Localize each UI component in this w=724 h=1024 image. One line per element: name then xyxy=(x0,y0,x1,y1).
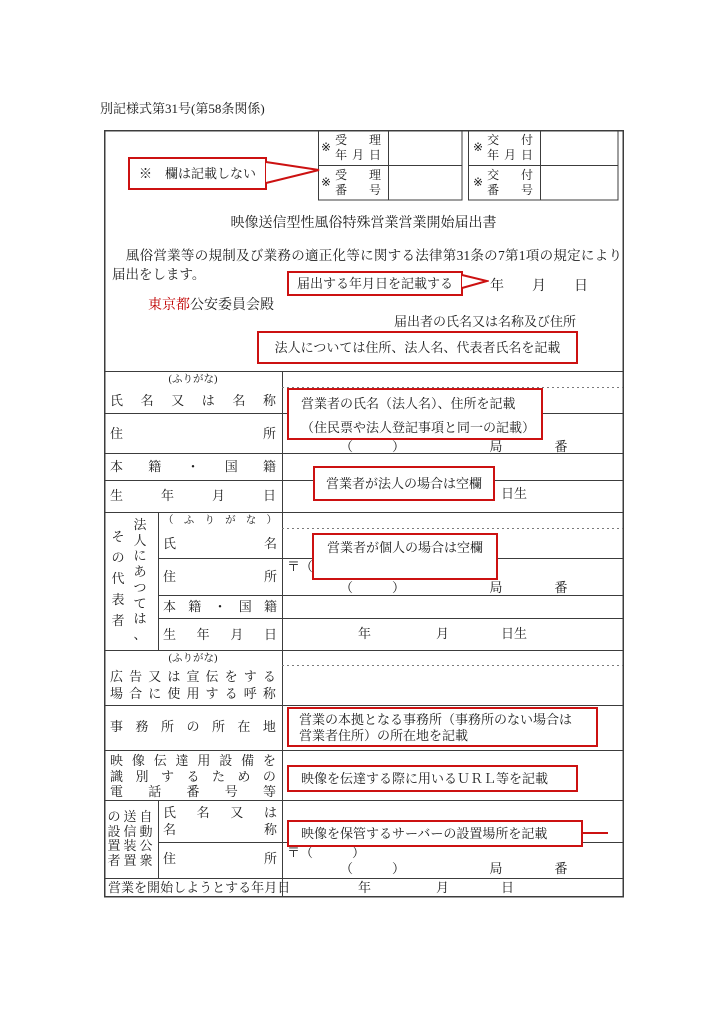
server-address-label: 住所 xyxy=(163,851,277,866)
filing-date-line: 年 月 日 xyxy=(490,278,588,295)
start-date-value-line: 年 月 日 xyxy=(358,880,514,895)
birthdate-value-line: 年 月 日生 xyxy=(358,626,527,641)
address-label: 住所 xyxy=(110,426,276,441)
name-or-title-label: 氏名又は名称 xyxy=(110,393,276,408)
annotation-corporate-box: 法人については住所、法人名、代表者氏名を記載 xyxy=(257,331,578,364)
submitter-caption: 届出者の氏名又は名称及び住所 xyxy=(282,314,576,329)
start-date-label: 営業を開始しようとする年月日 xyxy=(108,880,278,895)
phone-exchange-line: （ ） 局 番 xyxy=(340,439,568,454)
postal-code-line: 〒（ ） xyxy=(287,845,365,860)
rep-name-label: 氏名 xyxy=(163,536,277,551)
rep-registry-label: 本籍・国籍 xyxy=(163,599,277,614)
form-page: 別記様式第31号(第58条関係) ※ 受理 年月日 ※ 受理 番号 ※ 交付 年… xyxy=(0,0,724,1024)
rep-address-label: 住所 xyxy=(163,569,277,584)
annotation-filing-date-pointer xyxy=(461,272,489,291)
annotation-operator-line1: 営業者の氏名（法人名）、住所を記載 xyxy=(301,392,541,416)
rep-birthdate-label: 生年月日 xyxy=(163,627,277,642)
server-name-label-line2: 名称 xyxy=(163,822,277,837)
addressee: 東京都公安委員会殿 xyxy=(148,297,274,314)
server-name-label-line1: 氏名又は xyxy=(163,805,277,820)
form-number: 別記様式第31号(第58条関係) xyxy=(100,101,265,116)
addressee-prefecture: 東京都 xyxy=(148,298,190,313)
office-location-label: 事務所の所在地 xyxy=(110,719,276,734)
annotation-office-box: 営業の本拠となる事務所（事務所のない場合は 営業者住所）の所在地を記載 xyxy=(287,707,598,747)
registry-nationality-label: 本籍・国籍 xyxy=(110,459,276,474)
phone-exchange-line: （ ） 局 番 xyxy=(340,580,568,595)
annotation-blank-if-corporate-box: 営業者が法人の場合は空欄 xyxy=(313,466,495,501)
furigana-label: （ふりがな） xyxy=(163,514,277,527)
phone-exchange-line: （ ） 局 番 xyxy=(340,861,568,876)
annotation-office-line2: 営業者住所）の所在地を記載 xyxy=(299,728,596,744)
annotation-operator-box: 営業者の氏名（法人名）、住所を記載 （住民票や法人登記事項と同一の記載） xyxy=(287,388,543,440)
form-title: 映像送信型性風俗特殊営業営業開始届出書 xyxy=(104,215,623,232)
alias-label-line1: 広告又は宣伝をする xyxy=(110,669,276,684)
addressee-commission: 公安委員会殿 xyxy=(190,298,274,313)
tel-label-line3: 電話番号等 xyxy=(110,784,276,799)
furigana-label: (ふりがな) xyxy=(104,652,282,665)
furigana-label: (ふりがな) xyxy=(104,373,282,386)
annotation-filing-date-box: 届出する年月日を記載する xyxy=(287,271,463,296)
annotation-url-box: 映像を伝達する際に用いるＵＲＬ等を記載 xyxy=(287,765,578,792)
annotation-operator-line2: （住民票や法人登記事項と同一の記載） xyxy=(301,416,541,440)
annotation-office-line1: 営業の本拠となる事務所（事務所のない場合は xyxy=(299,712,596,728)
tel-label-line1: 映像伝達用設備を xyxy=(110,753,276,768)
birthdate-label: 生年月日 xyxy=(110,488,276,503)
annotation-server-box: 映像を保管するサーバーの設置場所を記載 xyxy=(287,820,583,847)
annotation-server-leader-line xyxy=(581,832,608,834)
alias-label-line2: 場合に使用する呼称 xyxy=(110,686,276,701)
annotation-blank-if-individual-box: 営業者が個人の場合は空欄 xyxy=(312,533,498,580)
annotation-note-pointer xyxy=(265,158,321,185)
annotation-note-box: ※ 欄は記載しない xyxy=(128,157,267,190)
tel-label-line2: 識別するための xyxy=(110,769,276,784)
